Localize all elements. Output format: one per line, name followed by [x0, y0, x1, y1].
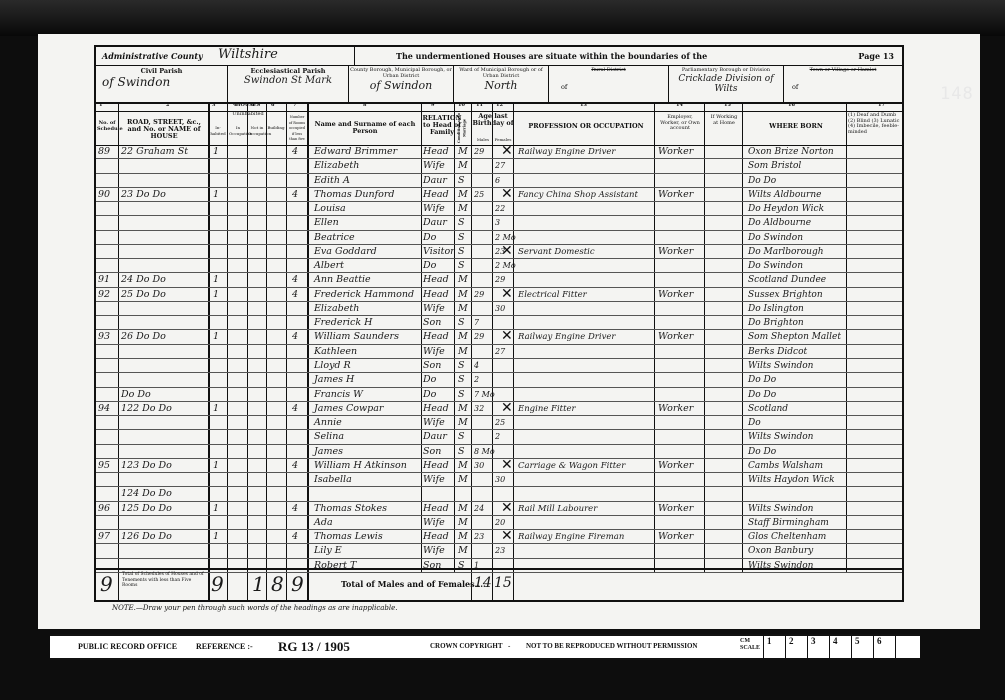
relation: Head: [423, 502, 449, 516]
cross-out-mark: ✕: [501, 457, 513, 473]
birthplace: Som Bristol: [748, 159, 801, 173]
rooms-count: 4: [292, 188, 298, 202]
rooms-count: 4: [292, 502, 298, 516]
occupation: Carriage & Wagon Fitter: [518, 459, 625, 473]
relation: Daur: [423, 430, 447, 444]
census-rows: 8922 Graham St14Edward BrimmerHeadM29Rai…: [96, 145, 902, 573]
table-row: LouisaWifeM22Do Heydon Wick: [96, 202, 902, 216]
address: 26 Do Do: [121, 330, 166, 344]
birthplace: Do Do: [748, 174, 776, 188]
colhead-houses: HOUSES: [210, 103, 286, 109]
age-female: 2 Mo: [495, 259, 516, 273]
relation: Daur: [423, 174, 447, 188]
relation: Son: [423, 445, 441, 459]
schedule-number: 95: [98, 459, 110, 473]
scale-mark: 3: [807, 636, 829, 658]
age-female: 2: [495, 430, 500, 444]
colhead-address: ROAD, STREET, &c., and No. or NAME of HO…: [120, 119, 208, 140]
table-row: AdaWifeM20Staff Birmingham: [96, 516, 902, 530]
birthplace: Do Do: [748, 373, 776, 387]
colhead-infirmity: (1) Deaf and Dumb (2) Blind (3) Lunatic …: [848, 113, 902, 135]
condition: S: [458, 373, 465, 387]
condition: M: [458, 416, 468, 430]
condition: S: [458, 259, 465, 273]
copyright-separator: -: [508, 642, 510, 650]
ecclesiastical-parish-cell: Ecclesiastical Parish Swindon St Mark: [228, 65, 348, 102]
condition: M: [458, 302, 468, 316]
birthplace: Do Marlborough: [748, 245, 824, 259]
scanner-top-band: [0, 0, 1005, 36]
relation: Do: [423, 259, 436, 273]
rooms-count: 4: [292, 273, 298, 287]
age-female: 25: [495, 416, 505, 430]
colhead-females: Females: [494, 137, 512, 143]
condition: M: [458, 188, 468, 202]
relation: Head: [423, 330, 449, 344]
birthplace: Oxon Brize Norton: [748, 145, 834, 159]
employment: Worker: [658, 530, 693, 544]
birthplace: Sussex Brighton: [748, 288, 823, 302]
ecclesiastical-parish-label: Ecclesiastical Parish: [228, 68, 348, 75]
employment: Worker: [658, 330, 693, 344]
relation: Wife: [423, 302, 445, 316]
birthplace: Scotland: [748, 402, 788, 416]
table-row: Eva GoddardVisitorS23Servant DomesticWor…: [96, 245, 902, 259]
relation: Son: [423, 316, 441, 330]
birthplace: Cambs Walsham: [748, 459, 823, 473]
birthplace: Do: [748, 416, 761, 430]
schedule-number: 96: [98, 502, 110, 516]
address: Do Do: [121, 388, 151, 402]
address: 25 Do Do: [121, 288, 166, 302]
ward-label: Ward of Municipal Borough or of Urban Di…: [454, 68, 548, 79]
person-name: Thomas Lewis: [314, 530, 383, 544]
birthplace: Do Brighton: [748, 316, 804, 330]
col-num-13: 13: [580, 103, 587, 109]
age-male: 8 Mo: [474, 445, 495, 459]
cm-scale-label: CM SCALE: [740, 638, 760, 652]
address: 123 Do Do: [121, 459, 172, 473]
form-note: NOTE.—Draw your pen through such words o…: [112, 604, 398, 612]
relation: Wife: [423, 416, 445, 430]
table-row: 97126 Do Do14Thomas LewisHeadM23Railway …: [96, 530, 902, 544]
person-name: Lily E: [314, 544, 342, 558]
civil-parish-value: of Swindon: [96, 75, 227, 89]
birthplace: Wilts Swindon: [748, 430, 813, 444]
col-num-17: 17: [878, 103, 885, 109]
admin-county-value: Wiltshire: [218, 47, 278, 62]
birthplace: Do Swindon: [748, 259, 803, 273]
archive-office: PUBLIC RECORD OFFICE: [78, 642, 177, 651]
occupation: Engine Fitter: [518, 402, 576, 416]
table-row: IsabellaWifeM30Wilts Haydon Wick: [96, 473, 902, 487]
table-row: ElizabethWifeM30Do Islington: [96, 302, 902, 316]
occupation: Rail Mill Labourer: [518, 502, 597, 516]
table-row: Frederick HSonS7Do Brighton: [96, 316, 902, 330]
birthplace: Oxon Banbury: [748, 544, 813, 558]
age-female: 30: [495, 302, 505, 316]
colhead-at-home: If Working at Home: [708, 115, 740, 126]
table-row: 9225 Do Do14Frederick HammondHeadM29Elec…: [96, 288, 902, 302]
totals-rooms: 9: [291, 572, 304, 596]
person-name: Ann Beattie: [314, 273, 371, 287]
colhead-schedule: No. of Schedule: [97, 121, 117, 132]
col-num-16: 16: [788, 103, 795, 109]
ward-cell: Ward of Municipal Borough or of Urban Di…: [454, 65, 549, 102]
person-name: Elizabeth: [314, 302, 359, 316]
condition: M: [458, 502, 468, 516]
table-row: AlbertDoS2 MoDo Swindon: [96, 259, 902, 273]
occupation: Servant Domestic: [518, 245, 595, 259]
ward-value: North: [454, 79, 548, 92]
age-male: 7: [474, 316, 479, 330]
age-male: 30: [474, 459, 484, 473]
rooms-count: 4: [292, 402, 298, 416]
totals-males: 14: [474, 575, 492, 591]
table-row: 95123 Do Do14William H AtkinsonHeadM30Ca…: [96, 459, 902, 473]
relation: Wife: [423, 159, 445, 173]
relation: Head: [423, 145, 449, 159]
schedule-number: 93: [98, 330, 110, 344]
person-name: Elizabeth: [314, 159, 359, 173]
age-male: 7 Mo: [474, 388, 495, 402]
person-name: Francis W: [314, 388, 363, 402]
col-num-9: 9: [431, 103, 434, 109]
table-row: Lloyd RSonS4Wilts Swindon: [96, 359, 902, 373]
inhabited-count: 1: [213, 459, 219, 473]
reference-value: RG 13 / 1905: [278, 639, 350, 655]
table-row: 96125 Do Do14Thomas StokesHeadM24Rail Mi…: [96, 502, 902, 516]
employment: Worker: [658, 188, 693, 202]
condition: M: [458, 530, 468, 544]
relation: Wife: [423, 544, 445, 558]
inhabited-count: 1: [213, 502, 219, 516]
col-num-1: 1: [99, 103, 102, 109]
totals-inhabited: 9: [211, 572, 224, 596]
occupation: Fancy China Shop Assistant: [518, 188, 638, 202]
person-name: James: [314, 445, 343, 459]
birthplace: Do Do: [748, 445, 776, 459]
birthplace: Wilts Aldbourne: [748, 188, 822, 202]
birthplace: Berks Didcot: [748, 345, 807, 359]
rooms-count: 4: [292, 459, 298, 473]
cross-out-mark: ✕: [501, 186, 513, 202]
age-female: 22: [495, 202, 505, 216]
condition: M: [458, 288, 468, 302]
table-row: BeatriceDoS2 MoDo Swindon: [96, 231, 902, 245]
relation: Wife: [423, 473, 445, 487]
address: 124 Do Do: [121, 487, 172, 501]
relation: Head: [423, 288, 449, 302]
scale-mark: 2: [785, 636, 807, 658]
inhabited-count: 1: [213, 402, 219, 416]
cross-out-mark: ✕: [501, 528, 513, 544]
col-num-7: 7: [293, 103, 296, 109]
relation: Do: [423, 388, 436, 402]
relation: Head: [423, 188, 449, 202]
cross-out-mark: ✕: [501, 400, 513, 416]
inhabited-count: 1: [213, 288, 219, 302]
totals-schedules: 9: [100, 572, 113, 596]
rural-district-cell: Rural District of: [549, 65, 669, 102]
inhabited-count: 1: [213, 273, 219, 287]
age-male: 29: [474, 145, 484, 159]
person-name: Thomas Dunford: [314, 188, 394, 202]
column-header-row: No. of Schedule ROAD, STREET, &c., and N…: [96, 111, 902, 146]
birthplace: Wilts Haydon Wick: [748, 473, 835, 487]
condition: S: [458, 445, 465, 459]
occupation: Railway Engine Driver: [518, 145, 615, 159]
condition: M: [458, 273, 468, 287]
county-borough-value: of Swindon: [349, 79, 453, 92]
parliamentary-cell: Parliamentary Borough or Division Crickl…: [669, 65, 784, 102]
col-num-14: 14: [676, 103, 683, 109]
address: 23 Do Do: [121, 188, 166, 202]
totals-females: 15: [494, 575, 512, 591]
condition: S: [458, 388, 465, 402]
scale-mark: 6: [873, 636, 895, 658]
table-row: ElizabethWifeM27Som Bristol: [96, 159, 902, 173]
condition: M: [458, 473, 468, 487]
schedule-number: 90: [98, 188, 110, 202]
relation: Wife: [423, 345, 445, 359]
birthplace: Som Shepton Mallet: [748, 330, 841, 344]
table-row: SelinaDaurS2Wilts Swindon: [96, 430, 902, 444]
schedule-number: 91: [98, 273, 110, 287]
page-label: Page 13: [858, 51, 894, 61]
parliamentary-value: Cricklade Division of Wilts: [669, 74, 783, 94]
age-male: 23: [474, 530, 484, 544]
age-female: 27: [495, 345, 505, 359]
schedule-number: 97: [98, 530, 110, 544]
table-row: 9326 Do Do14William SaundersHeadM29Railw…: [96, 330, 902, 344]
scale-end-cell: [895, 636, 920, 658]
table-row: Do DoFrancis WDoS7 MoDo Do: [96, 388, 902, 402]
table-row: EllenDaurS3Do Aldbourne: [96, 216, 902, 230]
cross-out-mark: ✕: [501, 243, 513, 259]
occupation: Electrical Fitter: [518, 288, 587, 302]
relation: Daur: [423, 216, 447, 230]
person-name: William Saunders: [314, 330, 399, 344]
colhead-where-born: WHERE BORN: [746, 123, 846, 130]
civil-parish-cell: Civil Parish of Swindon: [96, 65, 228, 102]
rooms-count: 4: [292, 145, 298, 159]
employment: Worker: [658, 145, 693, 159]
colhead-males: Males: [474, 137, 492, 143]
totals-schedules-label: Total of Schedules of Houses and of Tene…: [122, 572, 206, 589]
condition: S: [458, 430, 465, 444]
person-name: Louisa: [314, 202, 346, 216]
condition: S: [458, 245, 465, 259]
colhead-occupation: PROFESSION OR OCCUPATION: [521, 123, 651, 130]
address: 22 Graham St: [121, 145, 188, 159]
header-row-1: Administrative County Wiltshire The unde…: [96, 47, 902, 66]
table-row: 124 Do Do: [96, 487, 902, 501]
occupation: Railway Engine Fireman: [518, 530, 624, 544]
relation: Son: [423, 359, 441, 373]
condition: S: [458, 216, 465, 230]
address: 122 Do Do: [121, 402, 172, 416]
table-row: Edith ADaurS6Do Do: [96, 174, 902, 188]
admin-county-label: Administrative County: [102, 51, 203, 61]
cross-out-mark: ✕: [501, 286, 513, 302]
col-num-2: 2: [166, 103, 169, 109]
totals-not-in-occupation: 1: [252, 572, 265, 596]
relation: Wife: [423, 516, 445, 530]
town-label: Town or Village or Hamlet: [784, 68, 902, 74]
age-male: 25: [474, 188, 484, 202]
table-row: AnnieWifeM25Do: [96, 416, 902, 430]
address: 126 Do Do: [121, 530, 172, 544]
table-row: KathleenWifeM27Berks Didcot: [96, 345, 902, 359]
col-num-15: 15: [724, 103, 731, 109]
cm-scale: 123456: [763, 636, 920, 658]
person-name: James H: [314, 373, 354, 387]
table-row: JamesSonS8 MoDo Do: [96, 445, 902, 459]
schedule-number: 94: [98, 402, 110, 416]
col-num-10: 10: [458, 103, 465, 109]
birthplace: Do Islington: [748, 302, 804, 316]
civil-parish-label: Civil Parish: [96, 68, 227, 75]
scale-mark: 5: [851, 636, 873, 658]
age-female: 27: [495, 159, 505, 173]
employment: Worker: [658, 245, 693, 259]
colhead-not-in-occupation: Not in Occupation: [248, 125, 266, 136]
employment: Worker: [658, 459, 693, 473]
condition: M: [458, 402, 468, 416]
condition: M: [458, 544, 468, 558]
birthplace: Do Swindon: [748, 231, 803, 245]
col-num-8: 8: [363, 103, 366, 109]
town-cell: Town or Village or Hamlet of: [784, 65, 902, 102]
person-name: Ada: [314, 516, 333, 530]
totals-building: 8: [271, 572, 284, 596]
birthplace: Do Do: [748, 388, 776, 402]
county-borough-label: County Borough, Municipal Borough, or Ur…: [349, 68, 453, 79]
relation: Head: [423, 402, 449, 416]
condition: M: [458, 159, 468, 173]
rooms-count: 4: [292, 288, 298, 302]
address: 24 Do Do: [121, 273, 166, 287]
person-name: Isabella: [314, 473, 352, 487]
colhead-in-occupation: In Occupation: [229, 125, 247, 136]
person-name: Frederick Hammond: [314, 288, 414, 302]
relation: Wife: [423, 202, 445, 216]
table-row: 9124 Do Do14Ann BeattieHeadM29Scotland D…: [96, 273, 902, 287]
condition: S: [458, 359, 465, 373]
county-borough-cell: County Borough, Municipal Borough, or Ur…: [348, 65, 454, 102]
colhead-employment: Employer, Worker, or Own account: [658, 115, 702, 132]
person-name: Thomas Stokes: [314, 502, 387, 516]
person-name: Eva Goddard: [314, 245, 377, 259]
inhabited-count: 1: [213, 188, 219, 202]
age-male: 24: [474, 502, 484, 516]
age-male: 29: [474, 288, 484, 302]
condition: M: [458, 145, 468, 159]
col-num-12: 12: [496, 103, 503, 109]
age-male: 4: [474, 359, 479, 373]
header-row-2: Civil Parish of Swindon Ecclesiastical P…: [96, 65, 902, 104]
person-name: Beatrice: [314, 231, 355, 245]
birthplace: Glos Cheltenham: [748, 530, 826, 544]
colhead-name: Name and Surname of each Person: [311, 121, 419, 135]
intro-text: The undermentioned Houses are situate wi…: [396, 51, 707, 61]
col-num-11: 11: [476, 103, 483, 109]
relation: Head: [423, 530, 449, 544]
birthplace: Do Aldbourne: [748, 216, 811, 230]
folio-stamp: 148: [940, 84, 974, 104]
relation: Head: [423, 273, 449, 287]
table-row: James HDoS2Do Do: [96, 373, 902, 387]
age-male: 29: [474, 330, 484, 344]
condition: M: [458, 202, 468, 216]
age-male: 32: [474, 402, 484, 416]
census-form: Administrative County Wiltshire The unde…: [94, 45, 904, 602]
condition: M: [458, 516, 468, 530]
condition: M: [458, 345, 468, 359]
condition: M: [458, 459, 468, 473]
archive-reference-bar: PUBLIC RECORD OFFICE REFERENCE :- RG 13 …: [50, 634, 920, 660]
condition: S: [458, 174, 465, 188]
colhead-rooms: Number of Rooms occupied if less than fi…: [288, 115, 306, 143]
table-row: Lily EWifeM23Oxon Banbury: [96, 544, 902, 558]
birthplace: Wilts Swindon: [748, 359, 813, 373]
schedule-number: 92: [98, 288, 110, 302]
inhabited-count: 1: [213, 530, 219, 544]
table-row: 8922 Graham St14Edward BrimmerHeadM29Rai…: [96, 145, 902, 159]
table-row: 94122 Do Do14James CowparHeadM32Engine F…: [96, 402, 902, 416]
colhead-condition: Condition as to Marriage: [457, 113, 471, 143]
rooms-count: 4: [292, 330, 298, 344]
person-name: Edward Brimmer: [314, 145, 397, 159]
birthplace: Staff Birmingham: [748, 516, 829, 530]
colhead-building: Building: [267, 125, 285, 131]
cross-out-mark: ✕: [501, 143, 513, 159]
cross-out-mark: ✕: [501, 500, 513, 516]
relation: Do: [423, 231, 436, 245]
admin-county-box: Administrative County Wiltshire: [96, 47, 355, 65]
crown-copyright: CROWN COPYRIGHT: [430, 642, 503, 650]
reference-label: REFERENCE :-: [196, 642, 253, 651]
schedule-number: 89: [98, 145, 110, 159]
colhead-uninhabited: Uninhabited: [228, 112, 268, 118]
permission-notice: NOT TO BE REPRODUCED WITHOUT PERMISSION: [526, 642, 697, 650]
employment: Worker: [658, 402, 693, 416]
condition: S: [458, 231, 465, 245]
ecclesiastical-parish-value: Swindon St Mark: [228, 75, 348, 86]
person-name: Albert: [314, 259, 344, 273]
age-female: 6: [495, 174, 500, 188]
inhabited-count: 1: [213, 145, 219, 159]
occupation: Railway Engine Driver: [518, 330, 615, 344]
person-name: William H Atkinson: [314, 459, 407, 473]
birthplace: Do Heydon Wick: [748, 202, 824, 216]
totals-row: 9 Total of Schedules of Houses and of Te…: [96, 568, 902, 600]
person-name: Ellen: [314, 216, 339, 230]
cross-out-mark: ✕: [501, 328, 513, 344]
inhabited-count: 1: [213, 330, 219, 344]
age-female: 3: [495, 216, 500, 230]
person-name: Frederick H: [314, 316, 372, 330]
birthplace: Scotland Dundee: [748, 273, 826, 287]
parliamentary-label: Parliamentary Borough or Division: [669, 68, 783, 74]
relation: Head: [423, 459, 449, 473]
person-name: Kathleen: [314, 345, 357, 359]
scale-mark: 4: [829, 636, 851, 658]
rural-district-value: of: [549, 84, 668, 91]
condition: M: [458, 330, 468, 344]
age-female: 23: [495, 544, 505, 558]
